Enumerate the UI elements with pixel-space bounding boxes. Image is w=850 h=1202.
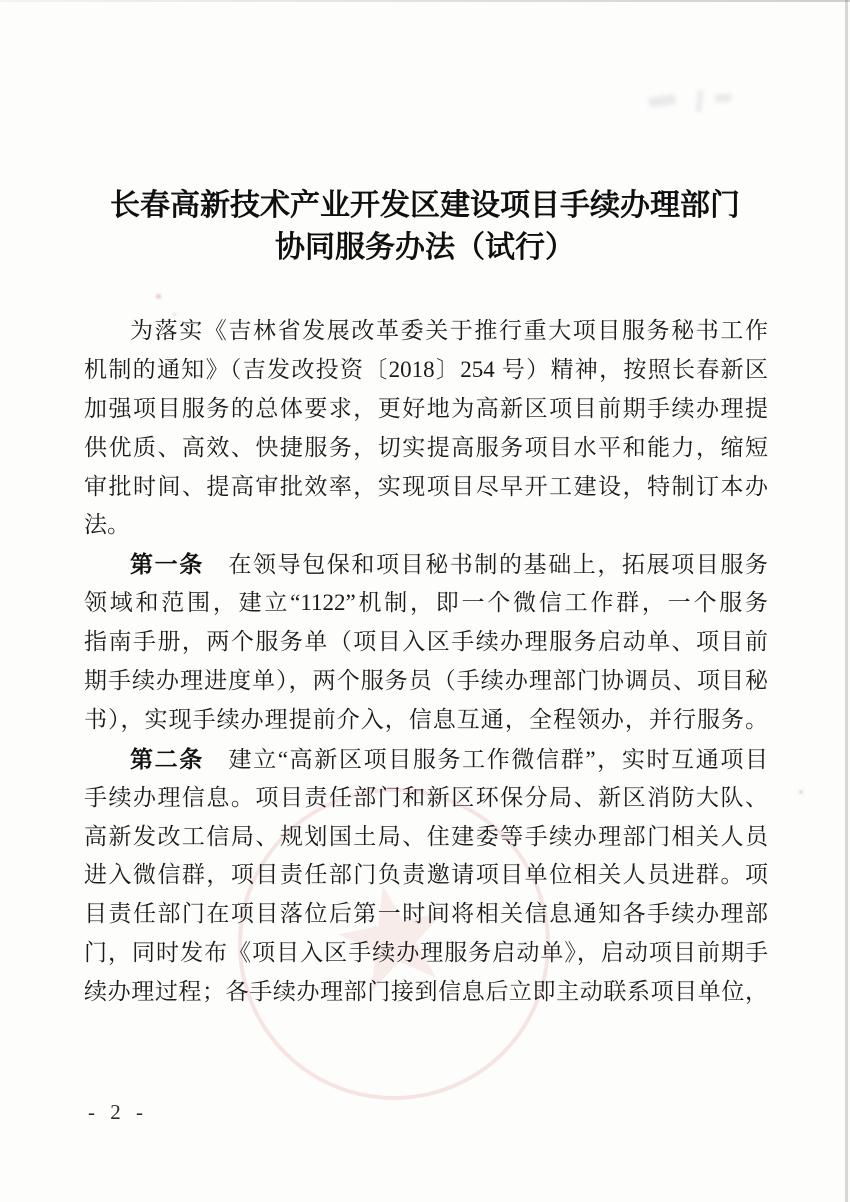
scan-smudge (645, 86, 740, 116)
document-title: 长春高新技术产业开发区建设项目手续办理部门 协同服务办法（试行） (0, 185, 850, 269)
body-line: 指南手册，两个服务单（项目入区手续办理服务启动单、项目前 (84, 623, 768, 662)
title-line-2: 协同服务办法（试行） (0, 227, 850, 269)
article-1-label: 第一条 (130, 551, 204, 577)
article-2-label: 第二条 (130, 746, 204, 772)
body-line: 进入微信群，项目责任部门负责邀请项目单位相关人员进群。项 (84, 856, 768, 895)
body-line-article-1: 第一条 在领导包保和项目秘书制的基础上，拓展项目服务 (84, 545, 768, 584)
body-line: 书），实现手续办理提前介入，信息互通，全程领办，并行服务。 (84, 701, 768, 740)
scan-speck (156, 294, 161, 299)
body-line: 期手续办理进度单），两个服务员（手续办理部门协调员、项目秘 (84, 662, 768, 701)
body-line: 审批时间、提高审批效率，实现项目尽早开工建设，特制订本办 (84, 468, 768, 507)
body-line: 续办理过程；各手续办理部门接到信息后立即主动联系项目单位， (84, 973, 768, 1012)
body-line: 加强项目服务的总体要求，更好地为高新区项目前期手续办理提 (84, 390, 768, 429)
body-line: 门，同时发布《项目入区手续办理服务启动单》，启动项目前期手 (84, 934, 768, 973)
body-line: 目责任部门在项目落位后第一时间将相关信息通知各手续办理部 (84, 895, 768, 934)
scan-top-edge (0, 0, 850, 2)
scan-right-edge (845, 0, 848, 1202)
body-line: 高新发改工信局、规划国土局、住建委等手续办理部门相关人员 (84, 818, 768, 857)
document-page: ★ 长春高新技术产业开发区建设项目手续办理部门 协同服务办法（试行） 为落实《吉… (0, 0, 850, 1202)
scan-speck (799, 790, 803, 794)
body-line: 领域和范围，建立“1122”机制，即一个微信工作群，一个服务 (84, 584, 768, 623)
body-line: 为落实《吉林省发展改革委关于推行重大项目服务秘书工作 (84, 312, 768, 351)
title-line-1: 长春高新技术产业开发区建设项目手续办理部门 (0, 185, 850, 227)
body-line: 法。 (84, 506, 768, 545)
body-line: 手续办理信息。项目责任部门和新区环保分局、新区消防大队、 (84, 779, 768, 818)
body-line: 机制的通知》（吉发改投资〔2018〕254 号）精神，按照长春新区 (84, 351, 768, 390)
page-number: - 2 - (88, 1100, 148, 1125)
body-line: 供优质、高效、快捷服务，切实提高服务项目水平和能力，缩短 (84, 429, 768, 468)
document-body: 为落实《吉林省发展改革委关于推行重大项目服务秘书工作 机制的通知》（吉发改投资〔… (84, 312, 768, 1012)
body-line-article-2: 第二条 建立“高新区项目服务工作微信群”，实时互通项目 (84, 740, 768, 779)
